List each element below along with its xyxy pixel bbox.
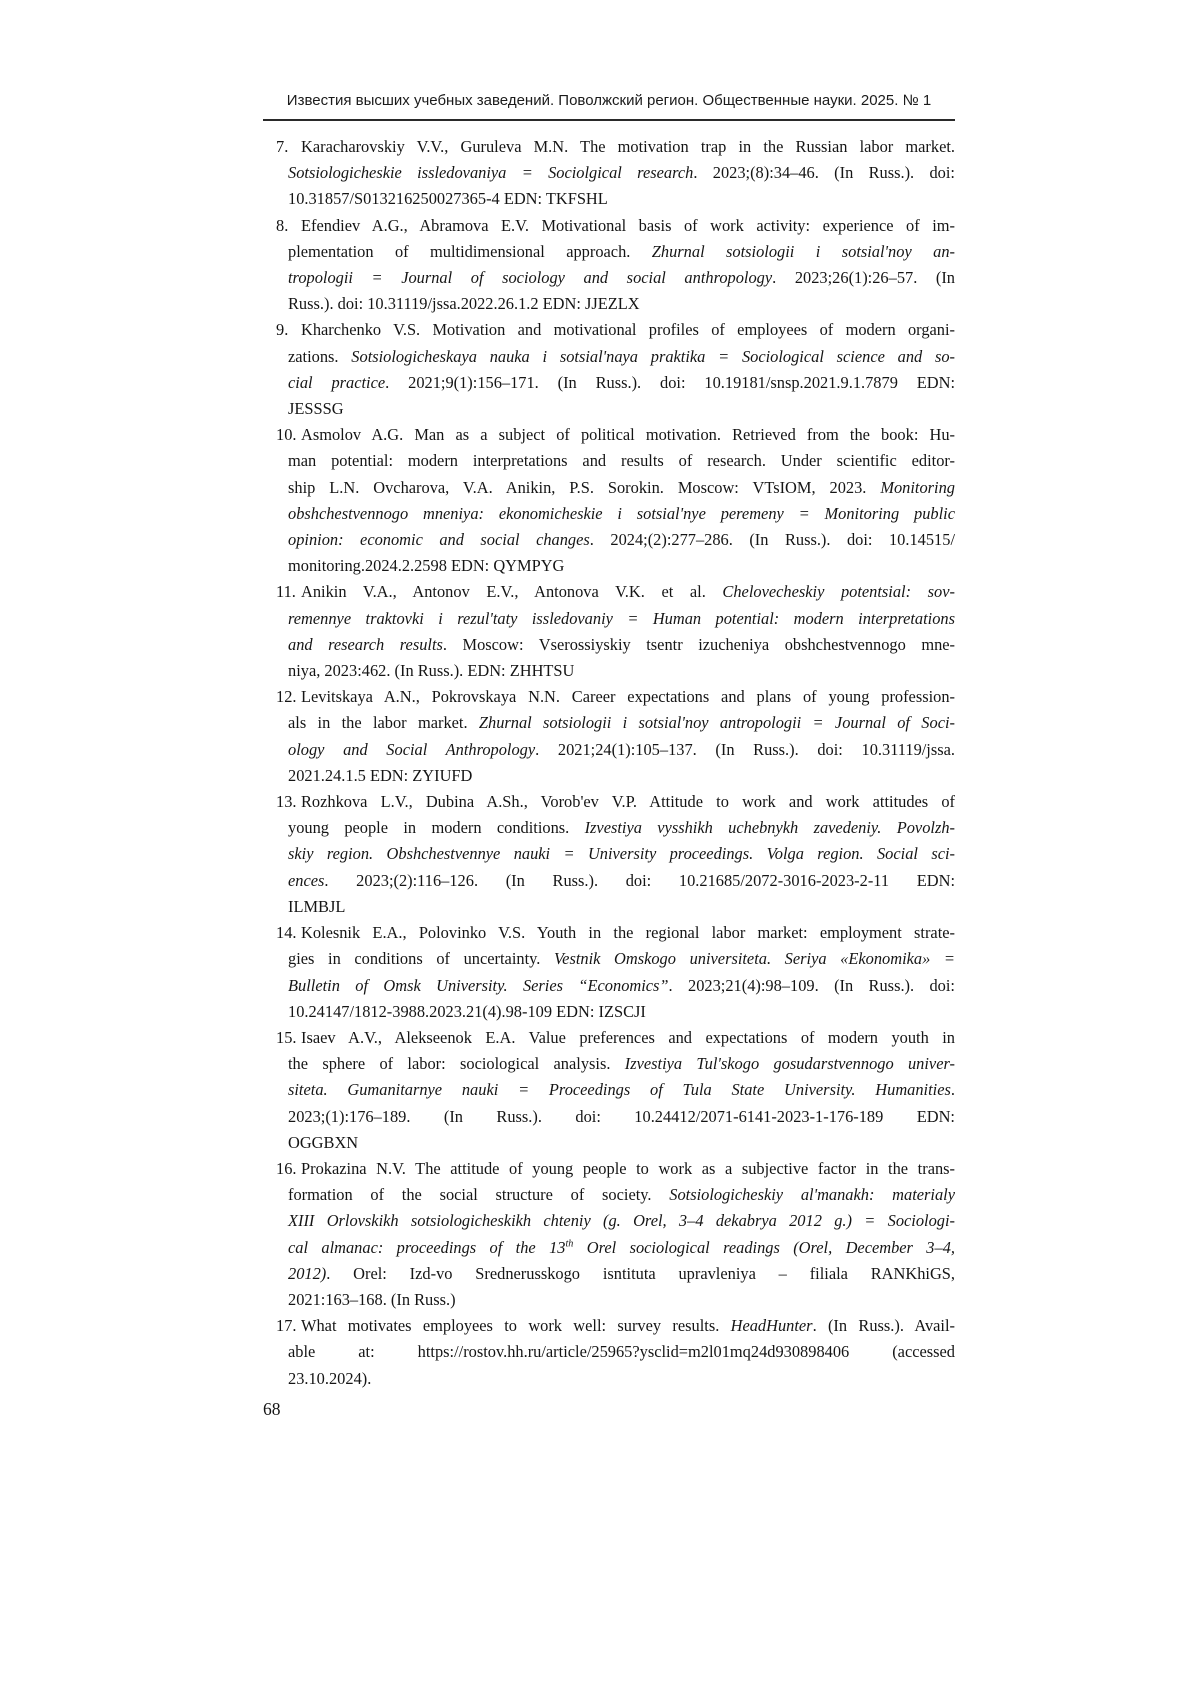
reference-text: Rozhkova L.V., Dubina A.Sh., Vorob'ev V.… — [301, 792, 955, 811]
reference-line: Sotsiologicheskie issledovaniya = Sociol… — [288, 160, 955, 186]
reference-text-italic: ences — [288, 871, 324, 890]
reference-line: cial practice. 2021;9(1):156–171. (In Ru… — [288, 370, 955, 396]
reference-item: 15.Isaev A.V., Alekseenok E.A. Value pre… — [288, 1025, 955, 1156]
reference-text: . 2023;(8):34–46. (In Russ.). doi: — [693, 163, 955, 182]
reference-line: ILMBJL — [288, 894, 955, 920]
reference-line: 23.10.2024). — [288, 1366, 955, 1392]
reference-text: JESSSG — [288, 399, 344, 418]
reference-line: Bulletin of Omsk University. Series “Eco… — [288, 973, 955, 999]
reference-text-italic: ology and Social Anthropology — [288, 740, 535, 759]
reference-text: Anikin V.A., Antonov E.V., Antonova V.K.… — [301, 582, 722, 601]
reference-text-italic: opinion: economic and social changes — [288, 530, 590, 549]
reference-text: . Orel: Izd-vo Srednerusskogo isntituta … — [326, 1264, 955, 1283]
reference-number: 17. — [276, 1313, 297, 1339]
reference-line: able at: https://rostov.hh.ru/article/25… — [288, 1339, 955, 1365]
reference-line: Rozhkova L.V., Dubina A.Sh., Vorob'ev V.… — [288, 789, 955, 815]
reference-line: XIII Orlovskikh sotsiologicheskikh chten… — [288, 1208, 955, 1234]
reference-line: Karacharovskiy V.V., Guruleva M.N. The m… — [288, 134, 955, 160]
reference-line: ology and Social Anthropology. 2021;24(1… — [288, 737, 955, 763]
reference-line: remennye traktovki i rezul'taty issledov… — [288, 606, 955, 632]
reference-text-italic: Sotsiologicheskiy al'manakh: materialy — [669, 1185, 955, 1204]
reference-line: JESSSG — [288, 396, 955, 422]
reference-number: 16. — [276, 1156, 297, 1182]
reference-text: the sphere of labor: sociological analys… — [288, 1054, 625, 1073]
reference-item: 8.Efendiev A.G., Abramova E.V. Motivatio… — [288, 213, 955, 318]
reference-text: . 2023;21(4):98–109. (In Russ.). doi: — [669, 976, 955, 995]
reference-line: formation of the social structure of soc… — [288, 1182, 955, 1208]
reference-line: obshchestvennogo mneniya: ekonomicheskie… — [288, 501, 955, 527]
reference-number: 14. — [276, 920, 297, 946]
header-rule — [263, 119, 955, 121]
reference-text-italic: Vestnik Omskogo universiteta. Seriya «Ek… — [554, 949, 955, 968]
reference-line: Levitskaya A.N., Pokrovskaya N.N. Career… — [288, 684, 955, 710]
reference-line: cal almanac: proceedings of the 13th Ore… — [288, 1235, 955, 1261]
reference-item: 10.Asmolov A.G. Man as a subject of poli… — [288, 422, 955, 579]
reference-text: formation of the social structure of soc… — [288, 1185, 669, 1204]
reference-line: Russ.). doi: 10.31119/jssa.2022.26.1.2 E… — [288, 291, 955, 317]
reference-number: 9. — [276, 317, 288, 343]
reference-text: niya, 2023:462. (In Russ.). EDN: ZHHTSU — [288, 661, 574, 680]
reference-line: plementation of multidimensional approac… — [288, 239, 955, 265]
reference-line: opinion: economic and social changes. 20… — [288, 527, 955, 553]
reference-text: . 2023;(2):116–126. (In Russ.). doi: 10.… — [324, 871, 955, 890]
reference-line: OGGBXN — [288, 1130, 955, 1156]
reference-text: Kharchenko V.S. Motivation and motivatio… — [301, 320, 955, 339]
reference-line: the sphere of labor: sociological analys… — [288, 1051, 955, 1077]
page-number: 68 — [263, 1398, 281, 1420]
reference-number: 8. — [276, 213, 288, 239]
reference-text: gies in conditions of uncertainty. — [288, 949, 554, 968]
reference-text-italic: Zhurnal sotsiologii i sotsial'noy an- — [652, 242, 955, 261]
reference-text: Efendiev A.G., Abramova E.V. Motivationa… — [301, 216, 955, 235]
reference-number: 15. — [276, 1025, 297, 1051]
reference-line: 10.31857/S013216250027365-4 EDN: TKFSHL — [288, 186, 955, 212]
reference-number: 10. — [276, 422, 297, 448]
reference-number: 11. — [276, 579, 296, 605]
reference-line: Isaev A.V., Alekseenok E.A. Value prefer… — [288, 1025, 955, 1051]
references-list: 7.Karacharovskiy V.V., Guruleva M.N. The… — [288, 134, 955, 1392]
reference-text: What motivates employees to work well: s… — [301, 1316, 731, 1335]
reference-line: 2012). Orel: Izd-vo Srednerusskogo isnti… — [288, 1261, 955, 1287]
reference-text: 2021.24.1.5 EDN: ZYIUFD — [288, 766, 472, 785]
reference-text-italic: Izvestiya vysshikh uchebnykh zavedeniy. … — [585, 818, 955, 837]
reference-text-italic: cial practice — [288, 373, 385, 392]
reference-line: and research results. Moscow: Vserossiys… — [288, 632, 955, 658]
reference-line: als in the labor market. Zhurnal sotsiol… — [288, 710, 955, 736]
reference-line: 2021.24.1.5 EDN: ZYIUFD — [288, 763, 955, 789]
reference-item: 13.Rozhkova L.V., Dubina A.Sh., Vorob'ev… — [288, 789, 955, 920]
reference-text: 2023;(1):176–189. (In Russ.). doi: 10.24… — [288, 1107, 955, 1126]
reference-text: Russ.). doi: 10.31119/jssa.2022.26.1.2 E… — [288, 294, 640, 313]
reference-line: Kolesnik E.A., Polovinko V.S. Youth in t… — [288, 920, 955, 946]
reference-item: 16.Prokazina N.V. The attitude of young … — [288, 1156, 955, 1313]
reference-number: 13. — [276, 789, 297, 815]
reference-line: skiy region. Obshchestvennye nauki = Uni… — [288, 841, 955, 867]
reference-text-italic: cal almanac: proceedings of the 13 — [288, 1238, 565, 1257]
reference-number: 12. — [276, 684, 297, 710]
reference-text-italic: Monitoring — [880, 478, 955, 497]
reference-text-italic: Zhurnal sotsiologii i sotsial'noy antrop… — [479, 713, 955, 732]
reference-item: 14.Kolesnik E.A., Polovinko V.S. Youth i… — [288, 920, 955, 1025]
reference-text: man potential: modern interpretations an… — [288, 451, 955, 470]
reference-text: . 2024;(2):277–286. (In Russ.). doi: 10.… — [590, 530, 955, 549]
reference-number: 7. — [276, 134, 288, 160]
reference-text-italic: and research results — [288, 635, 443, 654]
reference-text: . 2021;24(1):105–137. (In Russ.). doi: 1… — [535, 740, 955, 759]
reference-text-italic: XIII Orlovskikh sotsiologicheskikh chten… — [288, 1211, 955, 1230]
reference-text: als in the labor market. — [288, 713, 479, 732]
reference-item: 12.Levitskaya A.N., Pokrovskaya N.N. Car… — [288, 684, 955, 789]
reference-line: 2021:163–168. (In Russ.) — [288, 1287, 955, 1313]
reference-item: 17.What motivates employees to work well… — [288, 1313, 955, 1392]
reference-text-italic: Bulletin of Omsk University. Series “Eco… — [288, 976, 669, 995]
reference-item: 11.Anikin V.A., Antonov E.V., Antonova V… — [288, 579, 955, 684]
running-header: Известия высших учебных заведений. Повол… — [263, 91, 955, 110]
reference-line: gies in conditions of uncertainty. Vestn… — [288, 946, 955, 972]
reference-text: Karacharovskiy V.V., Guruleva M.N. The m… — [301, 137, 955, 156]
reference-line: monitoring.2024.2.2598 EDN: QYMPYG — [288, 553, 955, 579]
reference-text-italic: HeadHunter — [731, 1316, 813, 1335]
reference-text: 23.10.2024). — [288, 1369, 371, 1388]
reference-text-italic: Izvestiya Tul'skogo gosudarstvennogo uni… — [625, 1054, 955, 1073]
reference-text: ship L.N. Ovcharova, V.A. Anikin, P.S. S… — [288, 478, 880, 497]
reference-line: Prokazina N.V. The attitude of young peo… — [288, 1156, 955, 1182]
reference-line: Efendiev A.G., Abramova E.V. Motivationa… — [288, 213, 955, 239]
reference-text: . (In Russ.). Avail- — [813, 1316, 955, 1335]
reference-text: plementation of multidimensional approac… — [288, 242, 652, 261]
reference-line: 2023;(1):176–189. (In Russ.). doi: 10.24… — [288, 1104, 955, 1130]
reference-text-italic: Chelovecheskiy potentsial: sov- — [722, 582, 955, 601]
reference-text-italic: Orel sociological readings (Orel, Decemb… — [573, 1238, 955, 1257]
reference-text: . 2021;9(1):156–171. (In Russ.). doi: 10… — [385, 373, 955, 392]
reference-text: Levitskaya A.N., Pokrovskaya N.N. Career… — [301, 687, 955, 706]
reference-text: Isaev A.V., Alekseenok E.A. Value prefer… — [301, 1028, 955, 1047]
reference-text-italic: obshchestvennogo mneniya: ekonomicheskie… — [288, 504, 955, 523]
reference-text: able at: https://rostov.hh.ru/article/25… — [288, 1342, 955, 1361]
reference-text: . — [951, 1080, 955, 1099]
reference-text: 10.24147/1812-3988.2023.21(4).98-109 EDN… — [288, 1002, 646, 1021]
reference-line: zations. Sotsiologicheskaya nauka i sots… — [288, 344, 955, 370]
reference-line: Kharchenko V.S. Motivation and motivatio… — [288, 317, 955, 343]
reference-text: monitoring.2024.2.2598 EDN: QYMPYG — [288, 556, 564, 575]
reference-text: Asmolov A.G. Man as a subject of politic… — [301, 425, 955, 444]
reference-text-italic: tropologii = Journal of sociology and so… — [288, 268, 772, 287]
reference-text-italic: 2012) — [288, 1264, 326, 1283]
reference-line: 10.24147/1812-3988.2023.21(4).98-109 EDN… — [288, 999, 955, 1025]
reference-item: 9.Kharchenko V.S. Motivation and motivat… — [288, 317, 955, 422]
reference-text: 2021:163–168. (In Russ.) — [288, 1290, 456, 1309]
reference-line: What motivates employees to work well: s… — [288, 1313, 955, 1339]
reference-line: ship L.N. Ovcharova, V.A. Anikin, P.S. S… — [288, 475, 955, 501]
reference-text-italic: remennye traktovki i rezul'taty issledov… — [288, 609, 955, 628]
reference-text: . Moscow: Vserossiyskiy tsentr izucheniy… — [443, 635, 955, 654]
reference-item: 7.Karacharovskiy V.V., Guruleva M.N. The… — [288, 134, 955, 213]
reference-line: man potential: modern interpretations an… — [288, 448, 955, 474]
reference-line: siteta. Gumanitarnye nauki = Proceedings… — [288, 1077, 955, 1103]
reference-line: niya, 2023:462. (In Russ.). EDN: ZHHTSU — [288, 658, 955, 684]
reference-text: ILMBJL — [288, 897, 345, 916]
reference-text: zations. — [288, 347, 351, 366]
reference-text: young people in modern conditions. — [288, 818, 585, 837]
reference-text: OGGBXN — [288, 1133, 358, 1152]
reference-text-italic: skiy region. Obshchestvennye nauki = Uni… — [288, 844, 955, 863]
reference-line: Asmolov A.G. Man as a subject of politic… — [288, 422, 955, 448]
reference-text-italic: Sotsiologicheskaya nauka i sotsial'naya … — [351, 347, 955, 366]
reference-text: Prokazina N.V. The attitude of young peo… — [301, 1159, 955, 1178]
reference-line: ences. 2023;(2):116–126. (In Russ.). doi… — [288, 868, 955, 894]
reference-text-italic: siteta. Gumanitarnye nauki = Proceedings… — [288, 1080, 951, 1099]
reference-text: . 2023;26(1):26–57. (In — [772, 268, 955, 287]
reference-text-italic: Sotsiologicheskie issledovaniya = Sociol… — [288, 163, 693, 182]
reference-text: Kolesnik E.A., Polovinko V.S. Youth in t… — [301, 923, 955, 942]
reference-text: 10.31857/S013216250027365-4 EDN: TKFSHL — [288, 189, 608, 208]
reference-line: Anikin V.A., Antonov E.V., Antonova V.K.… — [288, 579, 955, 605]
reference-line: tropologii = Journal of sociology and so… — [288, 265, 955, 291]
reference-line: young people in modern conditions. Izves… — [288, 815, 955, 841]
